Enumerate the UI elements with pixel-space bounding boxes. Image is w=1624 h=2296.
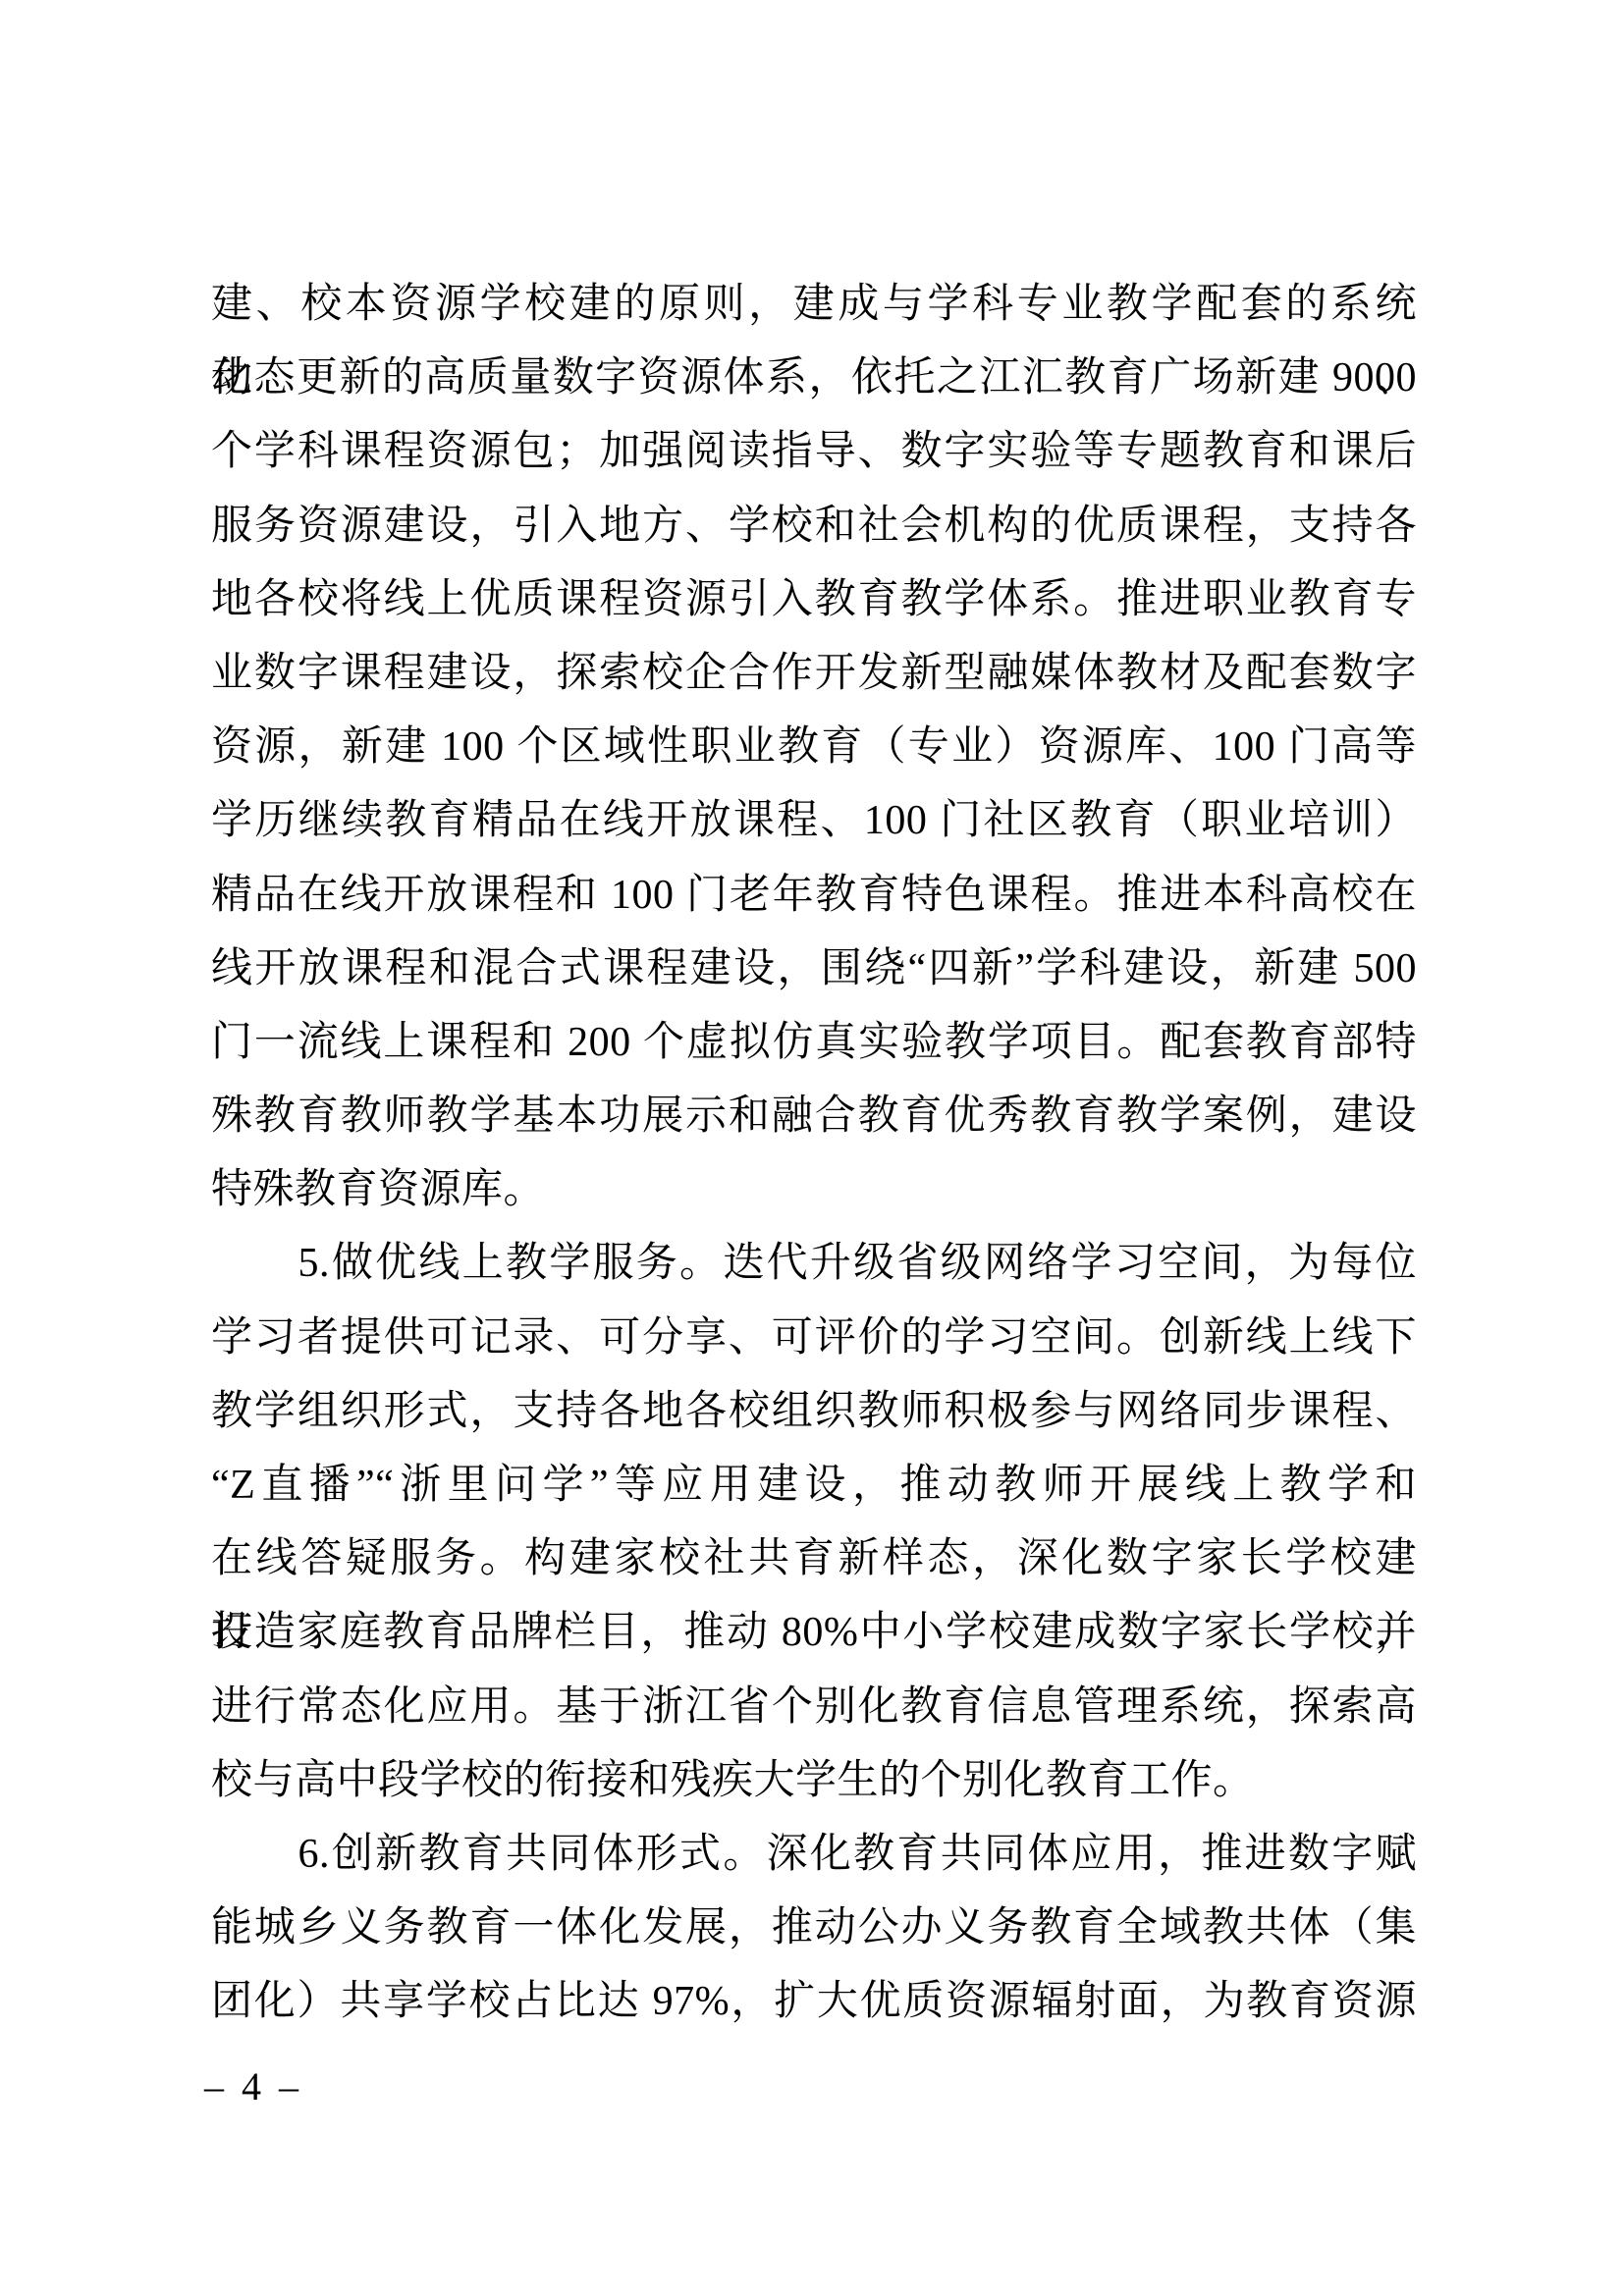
body-line-paragraph-end: 校与高中段学校的衔接和残疾大学生的个别化教育工作。 — [211, 1744, 1417, 1818]
body-line: 团化）共享学校占比达 97%，扩大优质资源辐射面，为教育资源 — [211, 1965, 1417, 2039]
body-line: 学历继续教育精品在线开放课程、100 门社区教育（职业培训） — [211, 784, 1417, 858]
body-line: 在线答疑服务。构建家校社共育新样态，深化数字家长学校建设， — [211, 1522, 1417, 1596]
body-line: 资源，新建 100 个区域性职业教育（专业）资源库、100 门高等 — [211, 711, 1417, 784]
body-line: 门一流线上课程和 200 个虚拟仿真实验教学项目。配套教育部特 — [211, 1006, 1417, 1080]
page-number: – 4 – — [204, 2067, 302, 2107]
body-line: 地各校将线上优质课程资源引入教育教学体系。推进职业教育专 — [211, 563, 1417, 637]
body-line-paragraph-start: 5.做优线上教学服务。迭代升级省级网络学习空间，为每位 — [211, 1227, 1417, 1301]
body-line: 殊教育教师教学基本功展示和融合教育优秀教育教学案例，建设 — [211, 1080, 1417, 1153]
body-line: 动态更新的高质量数字资源体系，依托之江汇教育广场新建 9000 — [211, 342, 1417, 415]
body-line: 能城乡义务教育一体化发展，推动公办义务教育全域教共体（集 — [211, 1892, 1417, 1965]
body-line: 建、校本资源学校建的原则，建成与学科专业教学配套的系统化、 — [211, 268, 1417, 342]
body-line: 业数字课程建设，探索校企合作开发新型融媒体教材及配套数字 — [211, 637, 1417, 711]
body-line: 个学科课程资源包；加强阅读指导、数字实验等专题教育和课后 — [211, 415, 1417, 489]
document-page: 建、校本资源学校建的原则，建成与学科专业教学配套的系统化、 动态更新的高质量数字… — [0, 0, 1624, 2296]
body-line-paragraph-end: 特殊教育资源库。 — [211, 1153, 1417, 1227]
body-line: 线开放课程和混合式课程建设，围绕“四新”学科建设，新建 500 — [211, 933, 1417, 1006]
body-line: 服务资源建设，引入地方、学校和社会机构的优质课程，支持各 — [211, 490, 1417, 563]
body-line: 精品在线开放课程和 100 门老年教育特色课程。推进本科高校在 — [211, 859, 1417, 933]
body-line: 打造家庭教育品牌栏目，推动 80%中小学校建成数字家长学校并 — [211, 1596, 1417, 1670]
body-line: 教学组织形式，支持各地各校组织教师积极参与网络同步课程、 — [211, 1375, 1417, 1449]
document-text-block: 建、校本资源学校建的原则，建成与学科专业教学配套的系统化、 动态更新的高质量数字… — [211, 268, 1417, 2040]
body-line: 学习者提供可记录、可分享、可评价的学习空间。创新线上线下 — [211, 1302, 1417, 1375]
body-line: 进行常态化应用。基于浙江省个别化教育信息管理系统，探索高 — [211, 1671, 1417, 1744]
body-line: “Z直播”“浙里问学”等应用建设，推动教师开展线上教学和 — [211, 1449, 1417, 1522]
body-line-paragraph-start: 6.创新教育共同体形式。深化教育共同体应用，推进数字赋 — [211, 1818, 1417, 1892]
